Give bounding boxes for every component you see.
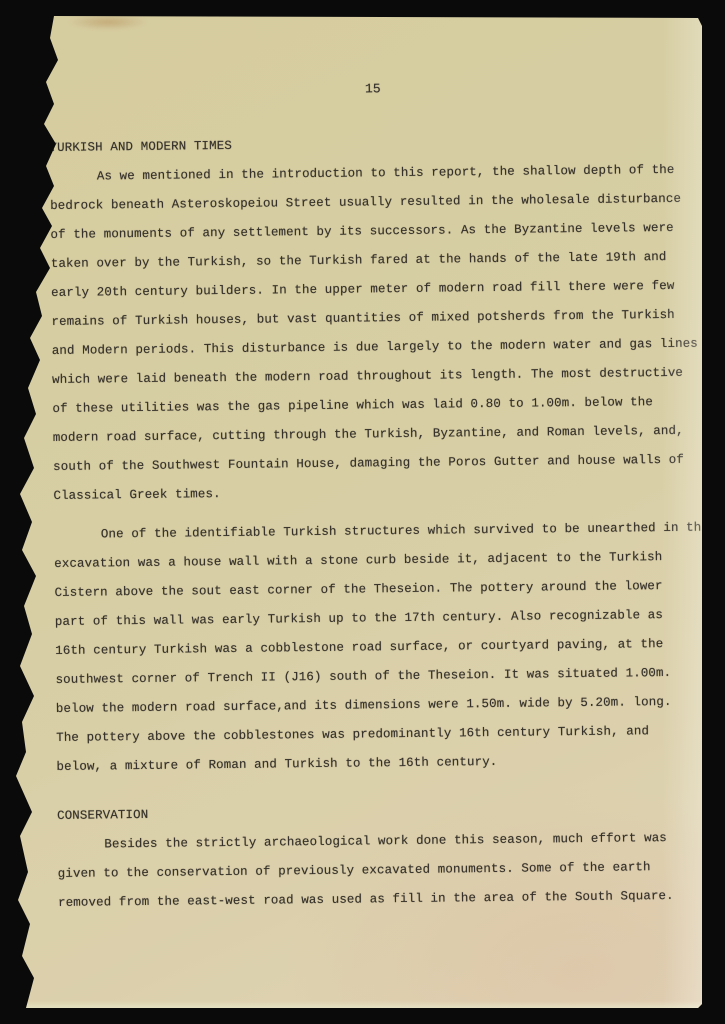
document-page: 15 TURKISH AND MODERN TIMES As we mentio… [10, 16, 702, 1008]
paragraph: As we mentioned in the introduction to t… [50, 156, 702, 511]
page-content: 15 TURKISH AND MODERN TIMES As we mentio… [48, 9, 706, 918]
page-number: 15 [48, 9, 697, 107]
text-line: below, a mixture of Roman and Turkish to… [56, 746, 704, 782]
paragraph: One of the identifiable Turkish structur… [54, 514, 705, 782]
paper-bottom-edge [24, 1001, 702, 1008]
text-line: removed from the east-west road was used… [58, 882, 706, 918]
paragraph: Besides the strictly archaeological work… [57, 824, 706, 918]
text-line: Classical Greek times. [53, 475, 701, 511]
